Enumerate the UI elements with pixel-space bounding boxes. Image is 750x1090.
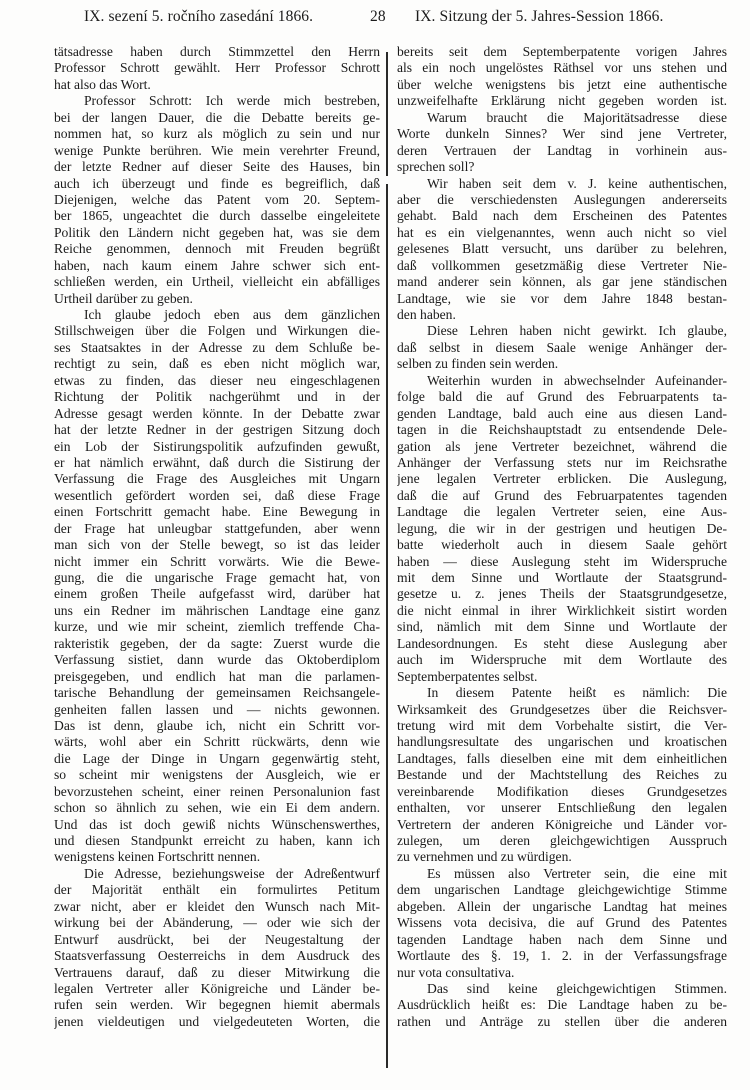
paragraph-start-line: Warum braucht die Majoritätsadresse dies… xyxy=(397,110,727,126)
text-line: man sich von der Stelle bewegt, so ist d… xyxy=(54,537,380,553)
text-line: Diejenigen, welche das Patent vom 20. Se… xyxy=(54,192,380,208)
text-line: Landesordnungen. Es steht diese Auslegun… xyxy=(397,636,727,652)
text-line: kurze, und wie mir scheint, ziemlich tre… xyxy=(54,619,380,635)
text-line: Verfassung die Frage des Ausgleiches mit… xyxy=(54,471,380,487)
text-line: gehabt. Bald nach dem Erscheinen des Pat… xyxy=(397,208,727,224)
text-line: bei der langen Dauer, die die Debatte be… xyxy=(54,110,380,126)
paragraph-start-line: Diese Lehren haben nicht gewirkt. Ich gl… xyxy=(397,323,727,339)
text-line: wärts, wohl aber ein Schritt rückwärts, … xyxy=(54,734,380,750)
text-line: hat der letzte Redner in der gestrigen S… xyxy=(54,422,380,438)
text-line: sind, nämlich mit dem Sinne und Wortlaut… xyxy=(397,619,727,635)
text-line: Verfassung sistiet, dann wurde das Oktob… xyxy=(54,652,380,668)
text-line: Entwurf ausdrückt, bei der Neugestaltung… xyxy=(54,932,380,948)
column-divider xyxy=(386,184,388,1068)
text-line: rathen und Anträge zu stellen über die a… xyxy=(397,1014,727,1030)
text-line: hat es ein vielgenanntes, wenn auch nich… xyxy=(397,225,727,241)
text-line: einem großen Theile aufgefasst wird, dar… xyxy=(54,586,380,602)
text-line: über welche wenigstens bis jetzt eine au… xyxy=(397,77,727,93)
text-line: Wirksamkeit des Grundgesetzes über die R… xyxy=(397,702,727,718)
text-line: rakteristik gegeben, der da sagte: Zuers… xyxy=(54,636,380,652)
paragraph-start-line: Wir haben seit dem v. J. keine authentis… xyxy=(397,176,727,192)
paragraph-start-line: Es müssen also Vertreter sein, die eine … xyxy=(397,866,727,882)
text-line: Urtheil darüber zu geben. xyxy=(54,291,380,307)
text-line: jene legalen Vertreter erblicken. Die Au… xyxy=(397,471,727,487)
text-line: nicht immer ein Schritt vorwärts. Wie di… xyxy=(54,554,380,570)
text-line: batte wiederholt auch in diesem Saale ge… xyxy=(397,537,727,553)
text-line: genden Landtage, bald auch eine aus dies… xyxy=(397,406,727,422)
text-line: ber 1865, ungeachtet die durch dasselbe … xyxy=(54,208,380,224)
text-line: Politik den Ländern nicht gegeben hat, w… xyxy=(54,225,380,241)
text-line: Landtage die legalen Vertreter seien, ei… xyxy=(397,504,727,520)
text-line: gung, die die ungarische Frage gemacht h… xyxy=(54,570,380,586)
text-line: Reiche genommen, dennoch mit Freuden beg… xyxy=(54,241,380,257)
text-line: gation als jene Vertreter bezeichnet, wä… xyxy=(397,439,727,455)
text-line: Das ist denn, glaube ich, nicht ein Schr… xyxy=(54,718,380,734)
text-line: einen Fortschritt gemacht habe. Eine Bew… xyxy=(54,504,380,520)
text-line: rechtigt zu sein, daß es eben nicht mögl… xyxy=(54,356,380,372)
text-line: etwas zu finden, das dieser neu eingesch… xyxy=(54,373,380,389)
text-line: die Lage der Dinge in Ungarn gegenwärtig… xyxy=(54,751,380,767)
running-head-czech: IX. sezení 5. ročního zasedání 1866. xyxy=(84,8,313,26)
text-line: schon so ähnlich zu sehen, wie ein Ei de… xyxy=(54,800,380,816)
text-line: Septemberpatentes selbst. xyxy=(397,669,727,685)
text-line: so scheint mir wenigstens der Ausgleich,… xyxy=(54,767,380,783)
text-line: Wissens vota decisiva, die auf Grund des… xyxy=(397,915,727,931)
paragraph-start-line: Professor Schrott: Ich werde mich bestre… xyxy=(54,93,380,109)
paragraph-start-line: Ich glaube jedoch eben aus dem gänzliche… xyxy=(54,307,380,323)
text-line: Staatsverfassung Oesterreichs in dem Aus… xyxy=(54,948,380,964)
text-line: haben — diese Auslegung steht im Widersp… xyxy=(397,554,727,570)
scanned-page: IX. sezení 5. ročního zasedání 1866. 28 … xyxy=(0,0,750,1090)
text-line: nommen hat, so kurz als möglich zu sein … xyxy=(54,126,380,142)
text-line: Anhänger der Verfassung stets nur im Rei… xyxy=(397,455,727,471)
page-number: 28 xyxy=(370,8,386,26)
text-line: daß vollkommen gesetzmäßig diese Vertret… xyxy=(397,258,727,274)
text-line: Worte dunkeln Sinnes? Wer sind jene Vert… xyxy=(397,126,727,142)
text-line: mit dem Sinne und Wortlaute der Staatsgr… xyxy=(397,570,727,586)
text-line: wirkung bei der Abänderung, — oder wie s… xyxy=(54,915,380,931)
text-line: unzweifelhafte Erklärung nicht gegeben w… xyxy=(397,93,727,109)
text-line: legalen Vertreter aller Königreiche und … xyxy=(54,981,380,997)
text-line: Und das ist doch gewiß nichts Wünschensw… xyxy=(54,817,380,833)
running-head-german: IX. Sitzung der 5. Jahres-Session 1866. xyxy=(415,8,663,26)
text-line: aber die verschiedensten Auslegungen and… xyxy=(397,192,727,208)
text-line: die nicht einmal in ihrer Wirklichkeit s… xyxy=(397,603,727,619)
text-line: wenige Punkte berühren. Wie mein verehrt… xyxy=(54,143,380,159)
text-line: Richtung der Politik nachgerühmt und in … xyxy=(54,389,380,405)
text-line: gesetze u. z. jenes Theils der Staatsgru… xyxy=(397,586,727,602)
text-line: mand anderer sein können, als gar jene s… xyxy=(397,274,727,290)
text-line: bevorzustehen scheint, einer reinen Pers… xyxy=(54,784,380,800)
text-line: uns ein Redner im mährischen Landtage ei… xyxy=(54,603,380,619)
text-line: abgeben. Allein der ungarische Landtag h… xyxy=(397,899,727,915)
text-line: Wortlaute des §. 19, 1. 2. in der Verfas… xyxy=(397,948,727,964)
text-line: den haben. xyxy=(397,307,727,323)
paragraph-start-line: Das sind keine gleichgewichtigen Stimmen… xyxy=(397,981,727,997)
right-text-column: bereits seit dem Septemberpatente vorige… xyxy=(397,44,727,1030)
text-line: daß die auf Grund des Februarpatentes ta… xyxy=(397,488,727,504)
text-line: ein Lob der Sistirungspolitik aufzufinde… xyxy=(54,439,380,455)
text-line: gelesenes Blatt versucht, uns darüber zu… xyxy=(397,241,727,257)
text-line: tretung wird mit dem Vorbehalte sistirt,… xyxy=(397,718,727,734)
paragraph-start-line: In diesem Patente heißt es nämlich: Die xyxy=(397,685,727,701)
text-line: Bestande und der Machtstellung des Reich… xyxy=(397,767,727,783)
running-head: IX. sezení 5. ročního zasedání 1866. 28 … xyxy=(0,8,750,30)
text-line: auch ich überzeugt und finde es begreifl… xyxy=(54,176,380,192)
text-line: genheiten fallen lassen und — nichts gew… xyxy=(54,702,380,718)
text-line: Vertrauens darauf, daß zu dieser Mitwirk… xyxy=(54,965,380,981)
text-line: daß selbst in diesem Saale wenige Anhäng… xyxy=(397,340,727,356)
text-line: deren Vertrauen der Landtag in vorhinein… xyxy=(397,143,727,159)
text-line: zwar nicht, aber er kleidet den Wunsch n… xyxy=(54,899,380,915)
text-line: dem ungarischen Landtage gleichgewichtig… xyxy=(397,882,727,898)
text-line: legung, die wir in der gestrigen und heu… xyxy=(397,521,727,537)
text-line: Landtages, falls dieselben eine mit dem … xyxy=(397,751,727,767)
text-line: Landtage, wie sie vor dem Jahre 1848 bes… xyxy=(397,291,727,307)
text-line: schließen werden, ein Urtheil, vielleich… xyxy=(54,274,380,290)
text-line: tagenden Landtage haben nach dem Sinne u… xyxy=(397,932,727,948)
text-line: er hat nämlich erwähnt, daß durch die Si… xyxy=(54,455,380,471)
paragraph-start-line: Die Adresse, beziehungsweise der Adreßen… xyxy=(54,866,380,882)
text-line: der letzte Redner auf dieser Seite des H… xyxy=(54,159,380,175)
text-line: als ein noch ungelöstes Räthsel vor uns … xyxy=(397,60,727,76)
text-line: vereinbarende Modifikation dieses Grundg… xyxy=(397,784,727,800)
text-line: Vertretern der anderen Königreiche und L… xyxy=(397,817,727,833)
text-line: Ausdrücklich heißt es: Die Landtage habe… xyxy=(397,997,727,1013)
paragraph-start-line: Weiterhin wurden in abwechselnder Aufein… xyxy=(397,373,727,389)
text-line: rufen sein werden. Wir begegnen hiemit a… xyxy=(54,997,380,1013)
text-line: zu vernehmen und zu würdigen. xyxy=(397,849,727,865)
text-line: hat also das Wort. xyxy=(54,77,380,93)
text-line: tagen in die Reichshauptstadt zu entsend… xyxy=(397,422,727,438)
text-line: folge bald die auf Grund des Februarpate… xyxy=(397,389,727,405)
text-line: Professor Schrott gewählt. Herr Professo… xyxy=(54,60,380,76)
text-line: bereits seit dem Septemberpatente vorige… xyxy=(397,44,727,60)
text-line: enthalten, vor unserer Entschließung den… xyxy=(397,800,727,816)
text-line: der Majorität enthält ein formulirtes Pe… xyxy=(54,882,380,898)
text-line: jenen vieldeutigen und vielgedeuteten Wo… xyxy=(54,1014,380,1030)
text-line: haben, nach kaum einem Jahre schwer sich… xyxy=(54,258,380,274)
text-line: nur vota consultativa. xyxy=(397,965,727,981)
text-line: der Frage hat unleugbar stattgefunden, a… xyxy=(54,521,380,537)
text-line: ses Staatsaktes in der Adresse zu dem Sc… xyxy=(54,340,380,356)
text-line: sprechen soll? xyxy=(397,159,727,175)
text-line: preisgegeben, und endlich hat man die pa… xyxy=(54,669,380,685)
left-text-column: tätsadresse haben durch Stimmzettel den … xyxy=(54,44,380,1030)
text-line: und diesen Standpunkt erreicht zu haben,… xyxy=(54,833,380,849)
text-line: wenigstens keinen Fortschritt nennen. xyxy=(54,849,380,865)
text-line: zulegen, um deren gleichgewichtigen Auss… xyxy=(397,833,727,849)
text-line: tätsadresse haben durch Stimmzettel den … xyxy=(54,44,380,60)
column-divider xyxy=(386,52,388,176)
text-line: tarische Behandlung der gemeinsamen Reic… xyxy=(54,685,380,701)
text-line: selben zu finden sein werden. xyxy=(397,356,727,372)
text-line: handlungsresultate des ungarischen und k… xyxy=(397,734,727,750)
text-line: Adresse gesagt werden könnte. In der Deb… xyxy=(54,406,380,422)
text-line: Stillschweigen über die Folgen und Wirku… xyxy=(54,323,380,339)
text-line: auch im Widerspruche mit dem Wortlaute d… xyxy=(397,652,727,668)
text-line: wesentlich gefördert worden sei, daß die… xyxy=(54,488,380,504)
